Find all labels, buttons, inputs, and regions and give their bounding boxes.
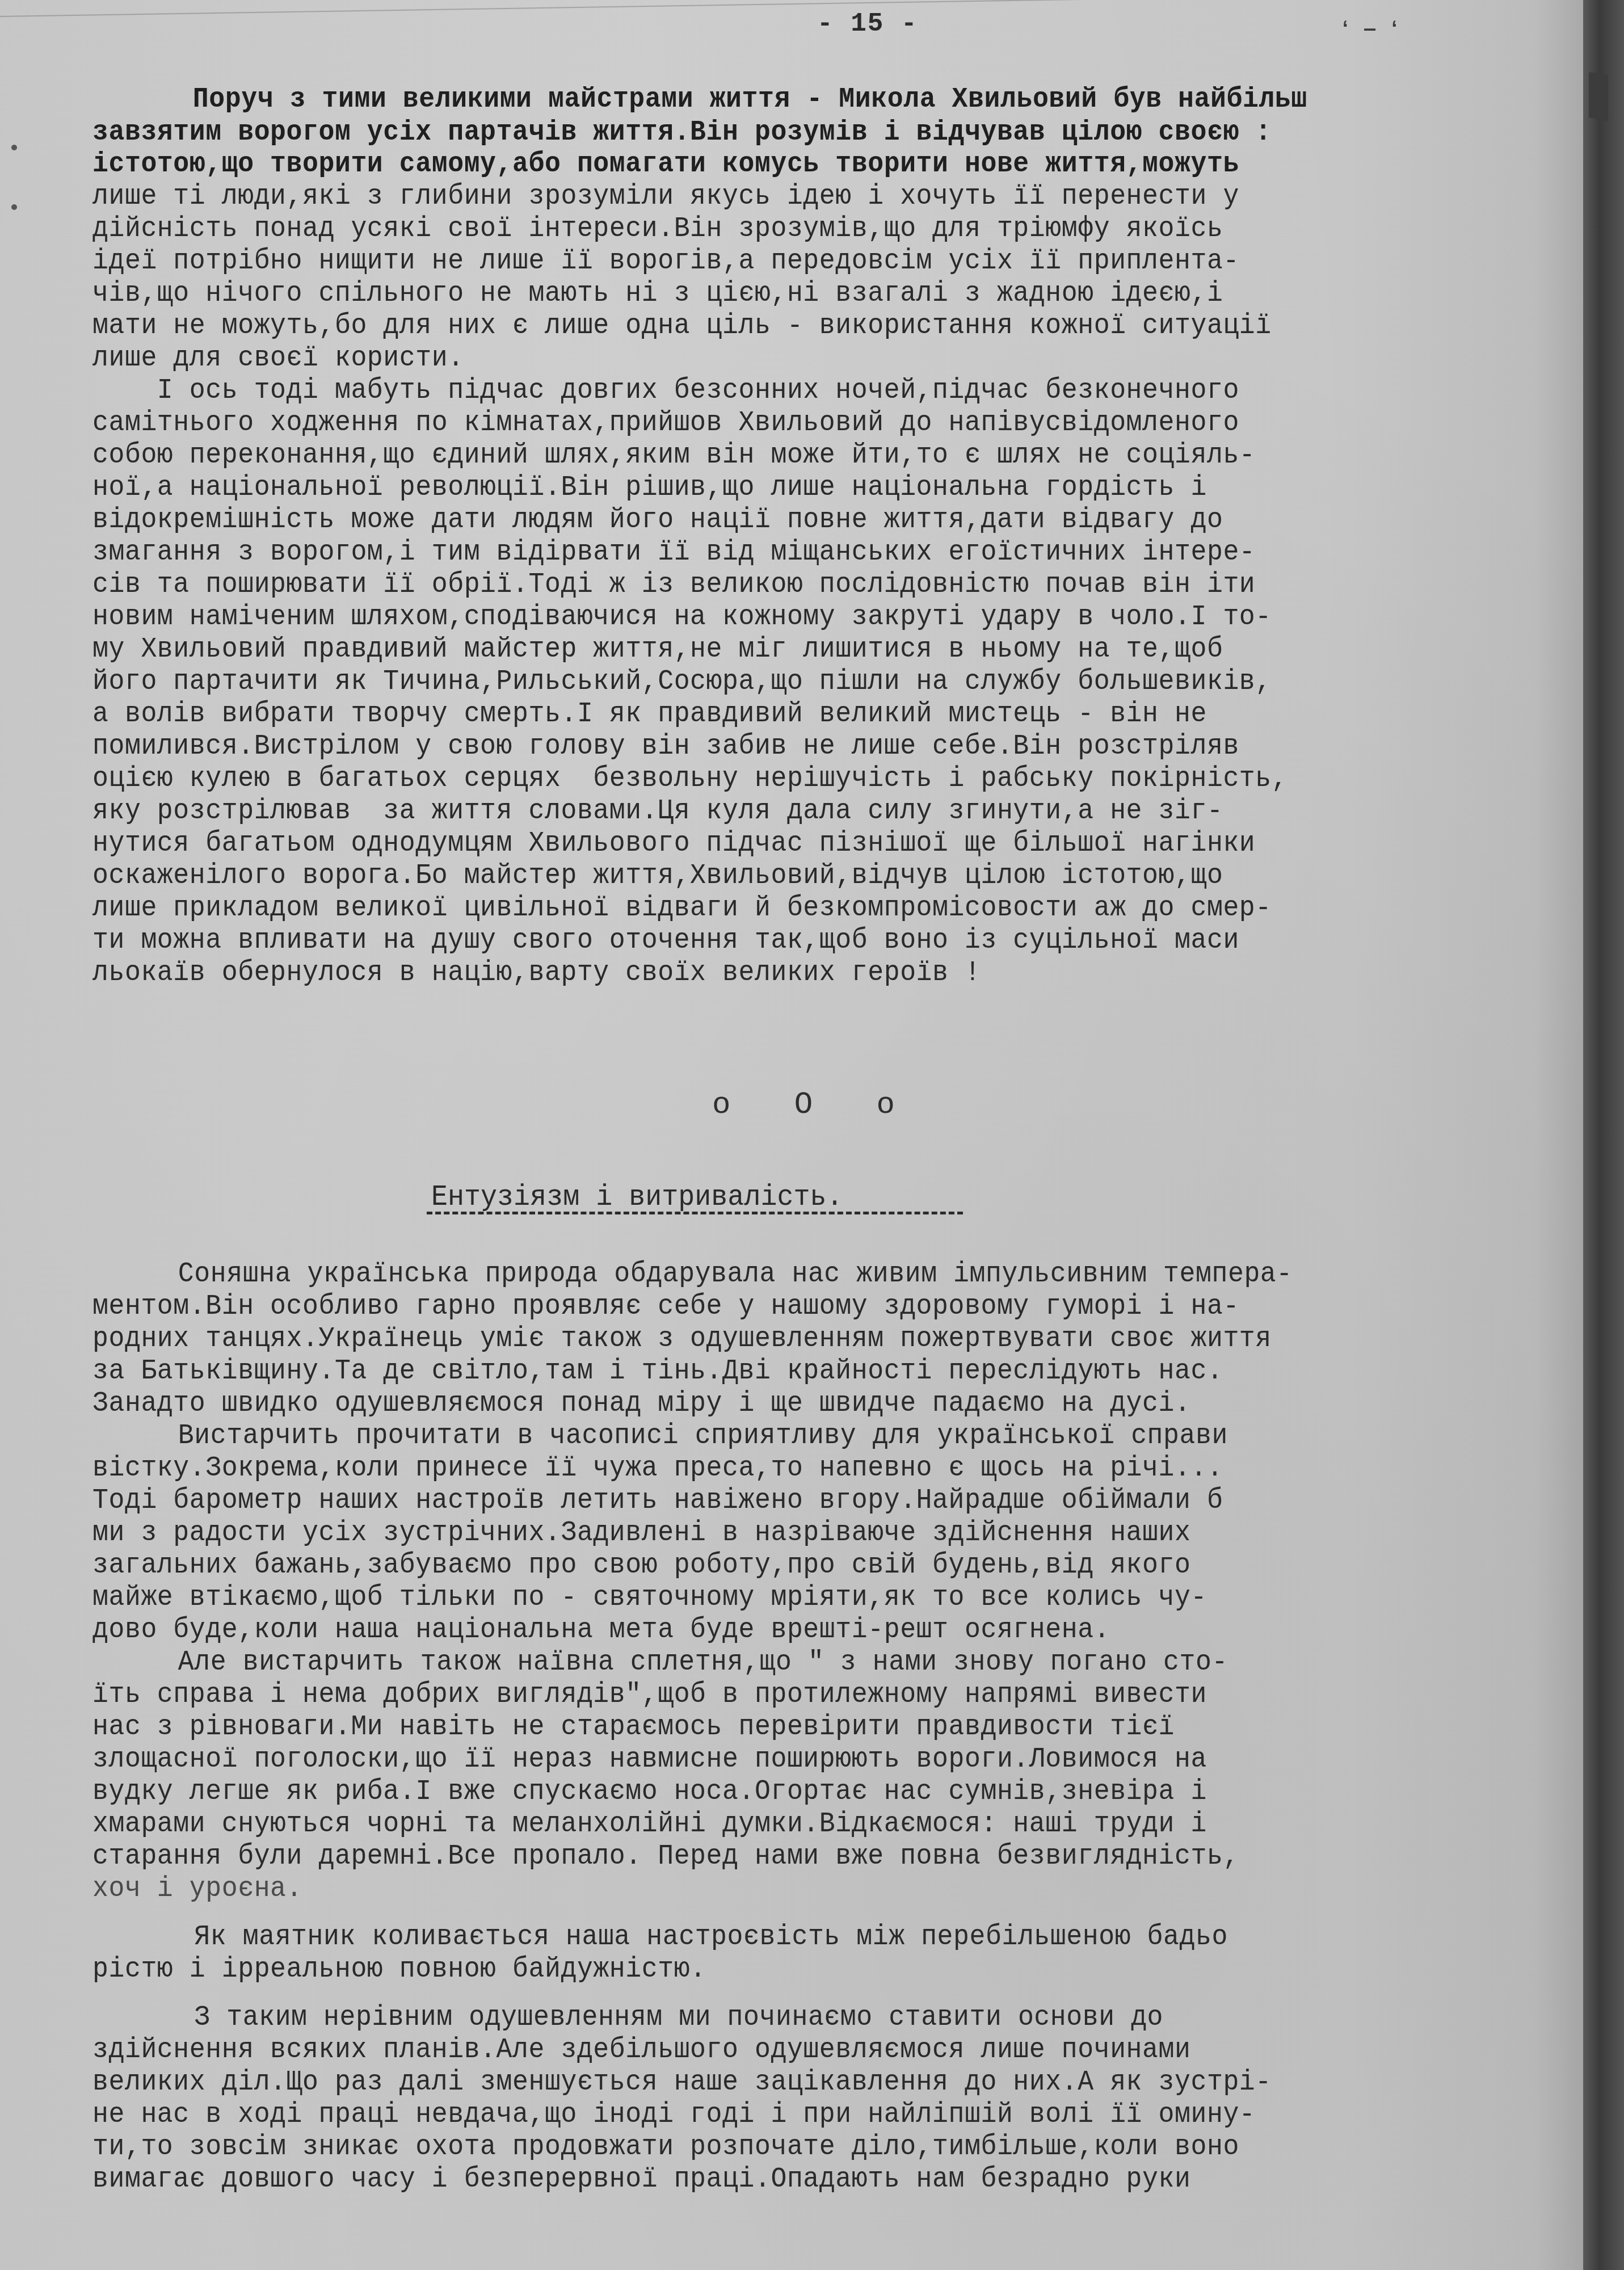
text-line: ти можна впливати на душу свого оточення… [92, 925, 1239, 957]
text-line: відокремішність може дати людям його нац… [92, 505, 1223, 536]
text-line: завзятим ворогом усіх партачів життя.Він… [92, 117, 1272, 149]
text-line: істотою,що творити самому,або помагати к… [92, 149, 1239, 180]
text-line: Соняшна українська природа обдарувала на… [113, 1259, 1293, 1290]
text-line: собою переконання,що єдиний шлях,яким ві… [92, 440, 1255, 472]
section-separator: o O o [712, 1088, 918, 1123]
binding-tab-mark [1589, 72, 1608, 121]
text-line: ти,то зовсім зникає охота продовжати роз… [92, 2132, 1239, 2163]
margin-dot [11, 204, 17, 210]
text-line: лише прикладом великої цивільної відваги… [92, 893, 1272, 924]
text-line: великих діл.Що раз далі зменшується наше… [92, 2067, 1272, 2099]
text-line: льокаїв обернулося в націю,варту своїх в… [92, 957, 981, 989]
text-line: загальних бажань,забуваємо про свою робо… [92, 1550, 1190, 1582]
text-line: помилився.Вистрілом у свою голову він за… [92, 731, 1239, 763]
binding-edge [1583, 0, 1624, 2270]
text-line: новим наміченим шляхом,сподіваючися на к… [92, 602, 1272, 633]
text-line: оцією кулею в багатьох серцях безвольну … [92, 763, 1288, 795]
text-line: І ось тоді мабуть підчас довгих безсонни… [92, 375, 1239, 407]
text-line: нутися багатьом однодумцям Хвильового пі… [92, 828, 1255, 860]
text-line: не нас в ході праці невдача,що іноді год… [92, 2099, 1255, 2131]
title-underline [427, 1212, 963, 1214]
text-line: дійсність понад усякі свої інтереси.Він … [92, 213, 1223, 245]
text-line: майже втікаємо,щоб тільки по - святочном… [92, 1582, 1207, 1614]
text-line: вимагає довшого часу і безперервної прац… [92, 2164, 1190, 2196]
text-line: дово буде,коли наша національна мета буд… [92, 1615, 1110, 1646]
text-line: хмарами снуються чорні та меланхолійні д… [92, 1809, 1207, 1840]
text-line: вудку легше як риба.І вже спускаємо носа… [92, 1776, 1207, 1808]
text-line: родних танцях.Українець уміє також з оду… [92, 1323, 1272, 1355]
margin-dot [11, 145, 17, 150]
page-number: - 15 - [817, 9, 918, 39]
text-line: чів,що нічого спільного не мають ні з ці… [92, 278, 1223, 310]
text-line: сів та поширювати її обрії.Тоді ж із вел… [92, 569, 1255, 601]
text-line: оскаженілого ворога.Бо майстер життя,Хви… [92, 860, 1223, 892]
text-line: Поруч з тими великими майстрами життя - … [128, 84, 1307, 116]
text-line: ми з радости усіх зустрічних.Задивлені в… [92, 1517, 1190, 1549]
text-line: рістю і ірреальною повною байдужністю. [92, 1954, 706, 1986]
text-line: З таким нерівним одушевленням ми починає… [113, 2002, 1163, 2034]
text-line: старання були даремні.Все пропало. Перед… [92, 1841, 1239, 1873]
header-smudge-line [0, 0, 1532, 17]
text-line: самітнього ходження по кімнатах,прийшов … [92, 407, 1239, 439]
text-line: злощасної поголоски,що її нераз навмисне… [92, 1744, 1207, 1776]
text-line: мати не можуть,бо для них є лише одна ці… [92, 310, 1272, 342]
text-line: яку розстрілював за життя словами.Ця кул… [92, 796, 1223, 827]
page-header: - 15 - ʻ ‒ ʻ [0, 6, 1583, 57]
section-title: Ентузіязм і витривалість. [431, 1180, 843, 1214]
text-line: лише ті люди,які з глибини зрозуміли яку… [92, 181, 1239, 213]
text-line: змагання з ворогом,і тим відірвати її ві… [92, 537, 1255, 569]
text-line: здійснення всяких планів.Але здебільшого… [92, 2034, 1190, 2066]
text-line: а волів вибрати творчу смерть.І як правд… [92, 699, 1207, 730]
text-line: ідеї потрібно нищити не лише її ворогів,… [92, 246, 1239, 278]
text-line: ної,а національної революції.Він рішив,щ… [92, 472, 1207, 504]
header-mark: ʻ ‒ ʻ [1339, 18, 1400, 41]
text-line: Вистарчить прочитати в часописі сприятли… [113, 1420, 1228, 1452]
text-line: ментом.Він особливо гарно проявляє себе … [92, 1291, 1239, 1323]
text-line: Але вистарчить також наївна сплетня,що "… [113, 1647, 1228, 1679]
text-line: Тоді барометр наших настроїв летить наві… [92, 1485, 1223, 1517]
document-page: - 15 - ʻ ‒ ʻ Поруч з тими великими майст… [0, 0, 1583, 2270]
text-line: Як маятник коливається наша настроєвість… [113, 1922, 1228, 1953]
text-line: лише для своєї користи. [92, 343, 464, 375]
text-line: Занадто швидко одушевляємося понад міру … [92, 1388, 1190, 1420]
text-line: їть справа і нема добрих виглядів",щоб в… [92, 1679, 1207, 1711]
text-line: його партачити як Тичина,Рильський,Сосюр… [92, 666, 1272, 698]
text-line: вістку.Зокрема,коли принесе її чужа прес… [92, 1453, 1223, 1485]
text-line: за Батьківщину.Та де світло,там і тінь.Д… [92, 1356, 1223, 1388]
text-line: му Хвильовий правдивий майстер життя,не … [92, 634, 1223, 666]
text-line: нас з рівноваги.Ми навіть не стараємось … [92, 1712, 1175, 1743]
text-line: хоч і уроєна. [92, 1873, 302, 1905]
